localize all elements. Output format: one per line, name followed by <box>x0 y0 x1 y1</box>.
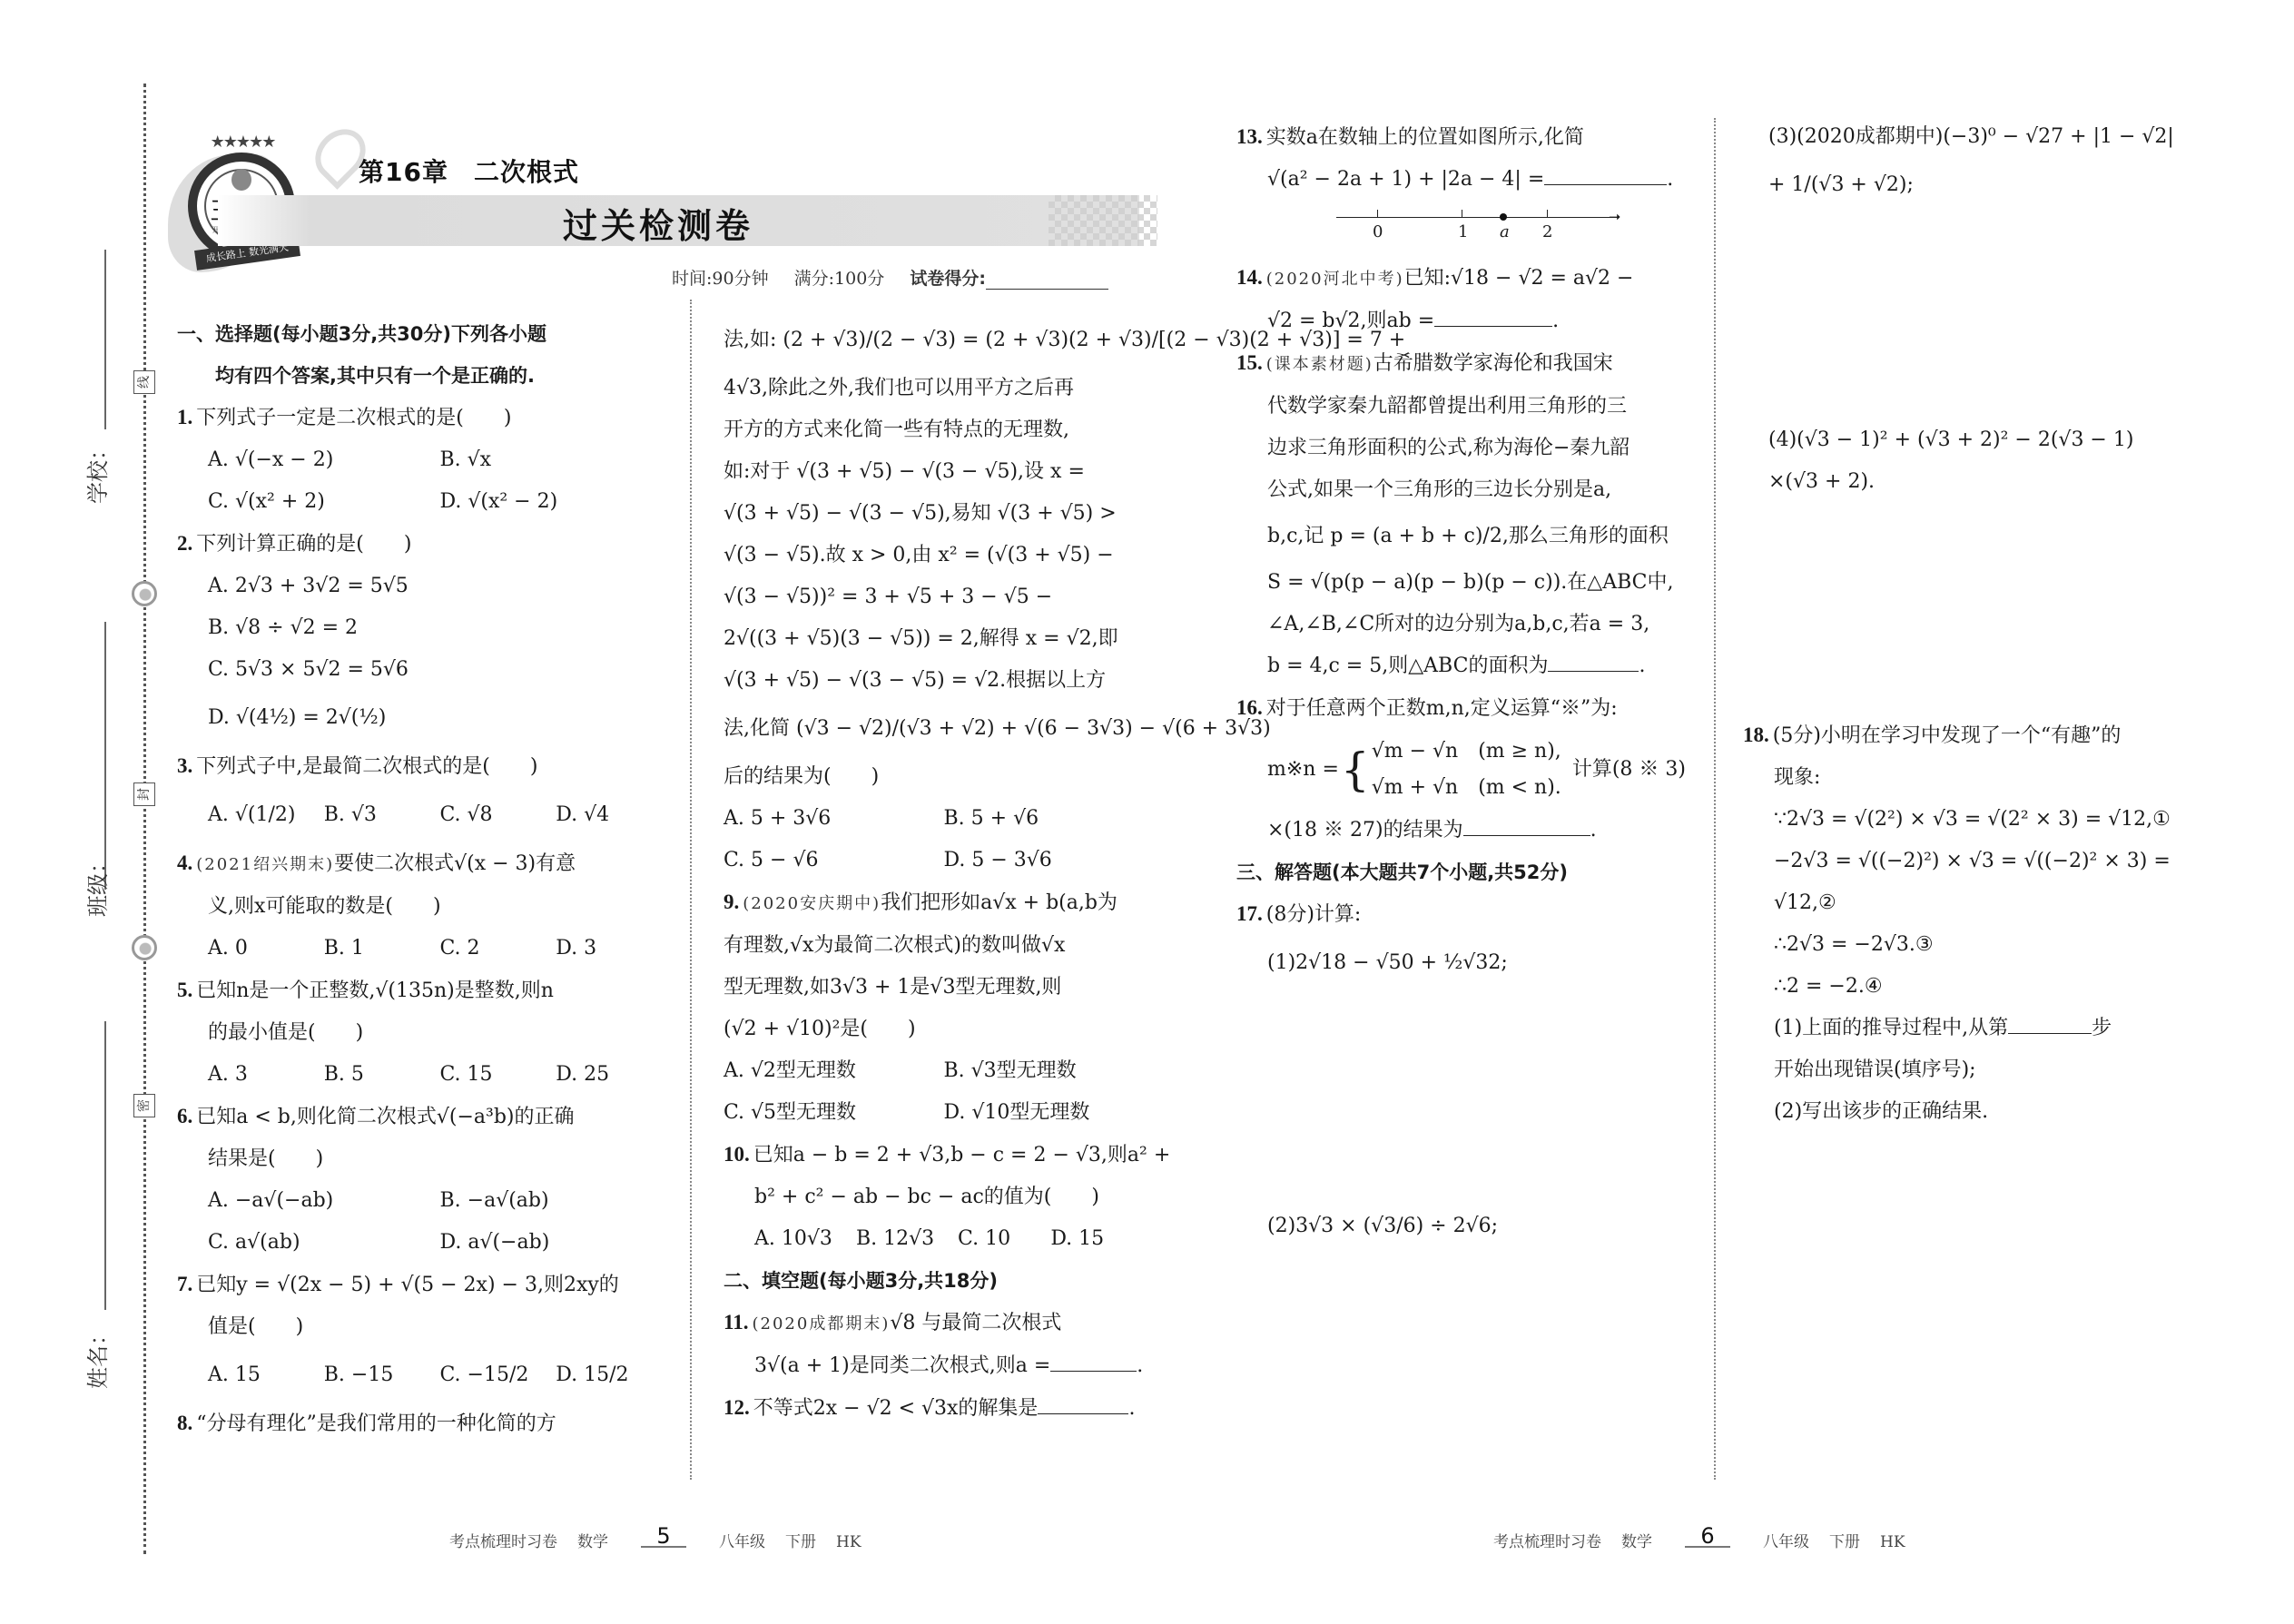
option-b[interactable]: B. 12√3 <box>856 1218 958 1260</box>
option-d[interactable]: D. 15/2 <box>556 1348 672 1403</box>
school-label: 学校： <box>80 438 112 504</box>
question-3: 3.下列式子中,是最简二次根式的是( ) A. √(1/2)B. √3C. √8… <box>177 745 672 842</box>
question-5: 5.已知n是一个正整数,√(135n)是整数,则n 的最小值是( ) A. 3B… <box>177 969 672 1096</box>
question-7: 7.已知y = √(2x − 5) + √(5 − 2x) − 3,则2xy的 … <box>177 1264 672 1403</box>
bind-logo-icon <box>132 935 157 960</box>
option-c[interactable]: C. a√(ab) <box>208 1222 440 1264</box>
option-b[interactable]: B. √8 ÷ √2 = 2 <box>208 607 358 649</box>
question-source: (2020成都期末) <box>752 1314 890 1334</box>
option-a[interactable]: A. √2型无理数 <box>724 1050 944 1092</box>
option-b[interactable]: B. 1 <box>324 928 440 969</box>
class-label: 班级： <box>80 851 112 917</box>
brace-icon: { <box>1341 747 1370 792</box>
name-field-line[interactable] <box>104 1021 106 1310</box>
section-2-title: 二、填空题(每小题3分,共18分) <box>724 1260 1164 1302</box>
stars-icon: ★★★★★ <box>197 133 288 152</box>
option-b[interactable]: B. 5 <box>324 1054 440 1096</box>
number-line-figure: ➝ 0 1 a 2 <box>1336 201 1627 257</box>
name-label: 姓名： <box>80 1324 112 1389</box>
option-c[interactable]: C. √(x² + 2) <box>208 481 440 523</box>
school-field-line[interactable] <box>104 250 106 429</box>
column-divider <box>690 300 692 1480</box>
option-b[interactable]: B. √3 <box>324 788 440 842</box>
question-8-cont: 法,如: (2 + √3)/(2 − √3) = (2 + √3)(2 + √3… <box>724 313 1164 881</box>
question-source: (2020河北中考) <box>1266 270 1404 289</box>
column-divider <box>1714 118 1716 1480</box>
question-13: 13.实数a在数轴上的位置如图所示,化简 √(a² − 2a + 1) + |2… <box>1236 116 1699 257</box>
chapter-name: 二次根式 <box>474 157 579 187</box>
portrait-icon <box>231 169 251 191</box>
option-a[interactable]: A. 10√3 <box>754 1218 856 1260</box>
point-a <box>1500 213 1507 221</box>
option-c[interactable]: C. √5型无理数 <box>724 1092 944 1134</box>
answer-blank[interactable] <box>1038 1413 1128 1414</box>
question-16: 16.对于任意两个正数m,n,定义运算“※”为: m※n = { √m − √n… <box>1236 687 1699 851</box>
option-d[interactable]: D. 3 <box>556 928 672 969</box>
chapter-heading: 第16章二次根式 <box>359 153 579 189</box>
page-number: 6 <box>1685 1526 1730 1548</box>
time-limit: 时间:90分钟 <box>672 269 769 289</box>
option-a[interactable]: A. 2√3 + 3√2 = 5√5 <box>208 566 409 607</box>
score-blank[interactable] <box>986 289 1108 290</box>
bind-logo-icon <box>132 581 157 606</box>
answer-blank[interactable] <box>2008 1033 2092 1034</box>
question-2: 2.下列计算正确的是( ) A. 2√3 + 3√2 = 5√5 B. √8 ÷… <box>177 523 672 745</box>
column-2: 法,如: (2 + √3)/(2 − √3) = (2 + √3)(2 + √3… <box>724 313 1164 1430</box>
option-c[interactable]: C. 10 <box>958 1218 1050 1260</box>
question-18: 18.(5分)小明在学习中发现了一个“有趣”的 现象: ∵2√3 = √(2²)… <box>1743 714 2229 1133</box>
step-3: ∴2√3 = −2√3.③ <box>1743 924 2229 966</box>
option-d[interactable]: D. 15 <box>1050 1218 1164 1260</box>
bind-tab-line: 线 <box>133 370 155 394</box>
answer-blank[interactable] <box>1050 1371 1137 1372</box>
option-a[interactable]: A. −a√(−ab) <box>208 1180 440 1222</box>
answer-space[interactable] <box>1743 212 2229 419</box>
arrow-right-icon: ➝ <box>1609 210 1620 224</box>
step-4: ∴2 = −2.④ <box>1743 966 2229 1008</box>
answer-space[interactable] <box>1743 503 2229 714</box>
chapter-number: 第16章 <box>359 157 448 187</box>
question-12: 12.不等式2x − √2 < √3x的解集是. <box>724 1387 1164 1430</box>
question-11: 11.(2020成都期末)√8 与最简二次根式 3√(a + 1)是同类二次根式… <box>724 1302 1164 1387</box>
option-c[interactable]: C. 5 − √6 <box>724 840 944 881</box>
bind-tab-seal: 封 <box>133 782 155 806</box>
section-1-title: 一、选择题(每小题3分,共30分)下列各小题 <box>177 313 672 355</box>
exam-meta: 时间:90分钟 满分:100分 试卷得分: <box>672 265 1108 290</box>
column-3: 13.实数a在数轴上的位置如图所示,化简 √(a² − 2a + 1) + |2… <box>1236 116 1699 1254</box>
question-6: 6.已知a < b,则化简二次根式√(−a³b)的正确 结果是( ) A. −a… <box>177 1096 672 1264</box>
answer-blank[interactable] <box>1434 326 1552 327</box>
step-1: ∵2√3 = √(2²) × √3 = √(2² × 3) = √12,① <box>1743 799 2229 841</box>
option-a[interactable]: A. √(−x − 2) <box>208 439 440 481</box>
question-source: (2020安庆期中) <box>743 894 881 913</box>
part-4: (4)(√3 − 1)² + (√3 + 2)² − 2(√3 − 1) <box>1743 419 2229 461</box>
option-b[interactable]: B. −15 <box>324 1348 440 1403</box>
column-1: 一、选择题(每小题3分,共30分)下列各小题 均有四个答案,其中只有一个是正确的… <box>177 313 672 1445</box>
question-source: (2021绍兴期末) <box>196 855 334 874</box>
checker-pattern <box>1049 195 1157 246</box>
option-a[interactable]: A. √(1/2) <box>208 788 324 842</box>
option-a[interactable]: A. 3 <box>208 1054 324 1096</box>
section-1-title-cont: 均有四个答案,其中只有一个是正确的. <box>177 355 672 397</box>
part-2: (2)3√3 × (√3/6) ÷ 2√6; <box>1236 1199 1699 1254</box>
option-c[interactable]: C. √8 <box>440 788 556 842</box>
cut-line <box>143 84 146 1554</box>
part-1: (1)2√18 − √50 + ½√32; <box>1236 936 1699 990</box>
question-10: 10.已知a − b = 2 + √3,b − c = 2 − √3,则a² +… <box>724 1134 1164 1260</box>
bind-tab-secret: 密 <box>133 1094 155 1117</box>
option-b[interactable]: B. 5 + √6 <box>944 798 1165 840</box>
question-1: 1.下列式子一定是二次根式的是( ) A. √(−x − 2)B. √x C. … <box>177 397 672 523</box>
option-d[interactable]: D. √10型无理数 <box>944 1092 1165 1134</box>
step-2: −2√3 = √((−2)²) × √3 = √((−2)² × 3) = <box>1743 841 2229 882</box>
option-c[interactable]: C. 15 <box>440 1054 556 1096</box>
part-3: (3)(2020成都期中)(−3)⁰ − √27 + |1 − √2| <box>1743 116 2229 158</box>
option-d[interactable]: D. a√(−ab) <box>440 1222 673 1264</box>
answer-space[interactable] <box>1236 990 1699 1199</box>
answer-blank[interactable] <box>1548 671 1639 672</box>
option-d[interactable]: D. √(4½) = 2√(½) <box>208 691 386 745</box>
question-9: 9.(2020安庆期中)我们把形如a√x + b(a,b为 有理数,√x为最简二… <box>724 881 1164 1134</box>
option-c[interactable]: C. 5√3 × 5√2 = 5√6 <box>208 649 409 691</box>
option-a[interactable]: A. 5 + 3√6 <box>724 798 944 840</box>
answer-blank[interactable] <box>1544 184 1667 185</box>
column-4: (3)(2020成都期中)(−3)⁰ − √27 + |1 − √2| + 1/… <box>1743 116 2229 1133</box>
option-b[interactable]: B. √3型无理数 <box>944 1050 1165 1092</box>
question-8-start: 8.“分母有理化”是我们常用的一种化简的方 <box>177 1403 672 1445</box>
section-3-title: 三、解答题(本大题共7个小题,共52分) <box>1236 851 1699 893</box>
score-label: 试卷得分: <box>910 269 986 289</box>
school-field-line-lower[interactable] <box>104 622 106 890</box>
option-d[interactable]: D. √(x² − 2) <box>440 481 673 523</box>
option-a[interactable]: A. 0 <box>208 928 324 969</box>
page-number: 5 <box>641 1526 686 1548</box>
left-footer: 考点梳理时习卷数学5八年级下册HK <box>449 1529 861 1551</box>
option-b[interactable]: B. √x <box>440 439 673 481</box>
option-d[interactable]: D. √4 <box>556 788 672 842</box>
question-source: (课本素材题) <box>1266 355 1373 374</box>
question-15: 15.(课本素材题)古希腊数学家海伦和我国宋 代数学家秦九韶都曾提出利用三角形的… <box>1236 342 1699 687</box>
question-4: 4.(2021绍兴期末)要使二次根式√(x − 3)有意 义,则x可能取的数是(… <box>177 842 672 969</box>
option-c[interactable]: C. 2 <box>440 928 556 969</box>
right-footer: 考点梳理时习卷数学6八年级下册HK <box>1493 1529 1905 1551</box>
option-d[interactable]: D. 5 − 3√6 <box>944 840 1165 881</box>
option-d[interactable]: D. 25 <box>556 1054 672 1096</box>
question-14: 14.(2020河北中考)已知:√18 − √2 = a√2 − √2 = b√… <box>1236 257 1699 342</box>
full-score: 满分:100分 <box>794 269 885 289</box>
answer-blank[interactable] <box>1463 835 1590 836</box>
question-17: 17.(8分)计算: (1)2√18 − √50 + ½√32; (2)3√3 … <box>1236 893 1699 1254</box>
page-title: 过关检测卷 <box>563 198 753 248</box>
option-c[interactable]: C. −15/2 <box>440 1348 556 1403</box>
option-a[interactable]: A. 15 <box>208 1348 324 1403</box>
option-b[interactable]: B. −a√(ab) <box>440 1180 673 1222</box>
